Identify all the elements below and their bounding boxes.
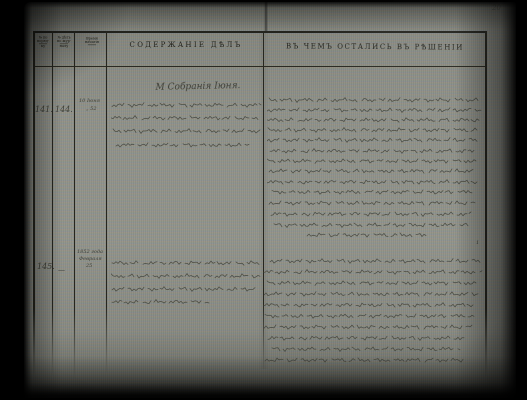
- entry2-contents-handwriting: [111, 255, 263, 313]
- entry2-date-line3: 25: [86, 263, 92, 269]
- entry2-journal-number: —: [58, 266, 65, 274]
- entry2-date-line1: 1852 года: [77, 249, 103, 255]
- entry1-resolution-handwriting: [267, 93, 487, 245]
- column-header-date: Время начатія: [80, 37, 103, 46]
- entry1-date-line2: „ 52: [86, 106, 97, 112]
- header-title-contents: СОДЕРЖАНІЕ ДѢЛЪ: [110, 41, 262, 49]
- entry2-order-number: 145.: [37, 262, 55, 271]
- page-number: 20: [492, 4, 501, 12]
- entry1-contents-handwriting: [111, 97, 263, 157]
- entry1-date-line1: 10 Іюня: [79, 98, 100, 104]
- entry2-resolution-handwriting: [263, 250, 487, 372]
- column-header-order-no: № по поряд- ку: [35, 36, 51, 48]
- entry1-journal-number: 144.: [55, 105, 73, 114]
- entry2-date-line2: Февраля: [79, 256, 102, 262]
- photo-frame: 20 1 № по поряд- ку № дѣлъ по жур- налу …: [0, 0, 527, 400]
- header-title-resolution: ВЪ ЧЕМЪ ОСТАЛИСЬ ВЪ РѢШЕНІИ: [266, 42, 484, 52]
- entry1-order-number: 141.: [35, 105, 53, 114]
- column-header-journal-no: № дѣлъ по жур- налу: [55, 36, 74, 48]
